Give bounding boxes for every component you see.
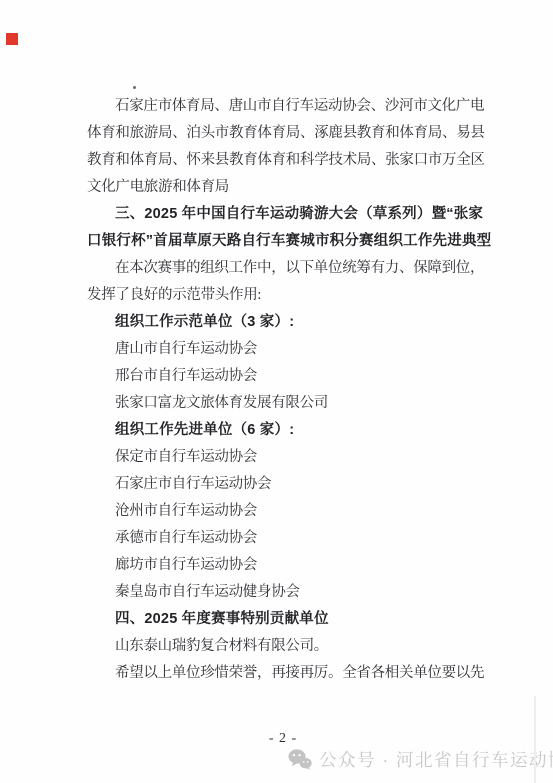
document-page: 石家庄市体育局、唐山市自行车运动协会、沙河市文化广电 体育和旅游局、泊头市教育体…	[0, 0, 553, 783]
document-text-block: 石家庄市体育局、唐山市自行车运动协会、沙河市文化广电 体育和旅游局、泊头市教育体…	[87, 93, 487, 687]
text-line: 在本次赛事的组织工作中，以下单位统筹有力、保障到位，	[87, 255, 487, 282]
wechat-icon	[288, 749, 312, 770]
section-heading-line: 三、2025 年中国自行车运动骑游大会（草系列）暨“张家	[87, 201, 487, 228]
text-line: 体育和旅游局、泊头市教育体育局、涿鹿县教育和体育局、易县	[87, 120, 487, 147]
page-number: - 2 -	[0, 731, 553, 747]
watermark-text: 公众号 · 河北省自行车运动协会	[319, 747, 553, 772]
section-heading-line: 四、2025 年度赛事特别贡献单位	[87, 606, 487, 633]
text-line: 希望以上单位珍惜荣誉，再接再厉。全省各相关单位要以先	[87, 660, 487, 687]
list-item: 唐山市自行车运动协会	[87, 336, 487, 363]
text-line: 教育和体育局、怀来县教育体育和科学技术局、张家口市万全区	[87, 147, 487, 174]
text-line: 山东泰山瑞豹复合材料有限公司。	[87, 633, 487, 660]
text-line: 发挥了良好的示范带头作用:	[87, 282, 487, 309]
list-item: 承德市自行车运动协会	[87, 525, 487, 552]
scan-edge-artifact	[534, 696, 536, 783]
list-item: 沧州市自行车运动协会	[87, 498, 487, 525]
list-item: 邢台市自行车运动协会	[87, 363, 487, 390]
list-heading-line: 组织工作先进单位（6 家）:	[87, 417, 487, 444]
list-heading-line: 组织工作示范单位（3 家）:	[87, 309, 487, 336]
list-item: 廊坊市自行车运动协会	[87, 552, 487, 579]
scan-artifact-dot	[133, 86, 136, 89]
text-line: 文化广电旅游和体育局	[87, 174, 487, 201]
list-item: 秦皇岛市自行车运动健身协会	[87, 579, 487, 606]
red-square-marker	[6, 33, 18, 45]
section-heading-line: 口银行杯”首届草原天路自行车赛城市积分赛组织工作先进典型	[87, 228, 487, 255]
watermark: 公众号 · 河北省自行车运动协会	[288, 747, 553, 772]
list-item: 石家庄市自行车运动协会	[87, 471, 487, 498]
list-item: 保定市自行车运动协会	[87, 444, 487, 471]
list-item: 张家口富龙文旅体育发展有限公司	[87, 390, 487, 417]
text-line: 石家庄市体育局、唐山市自行车运动协会、沙河市文化广电	[87, 93, 487, 120]
